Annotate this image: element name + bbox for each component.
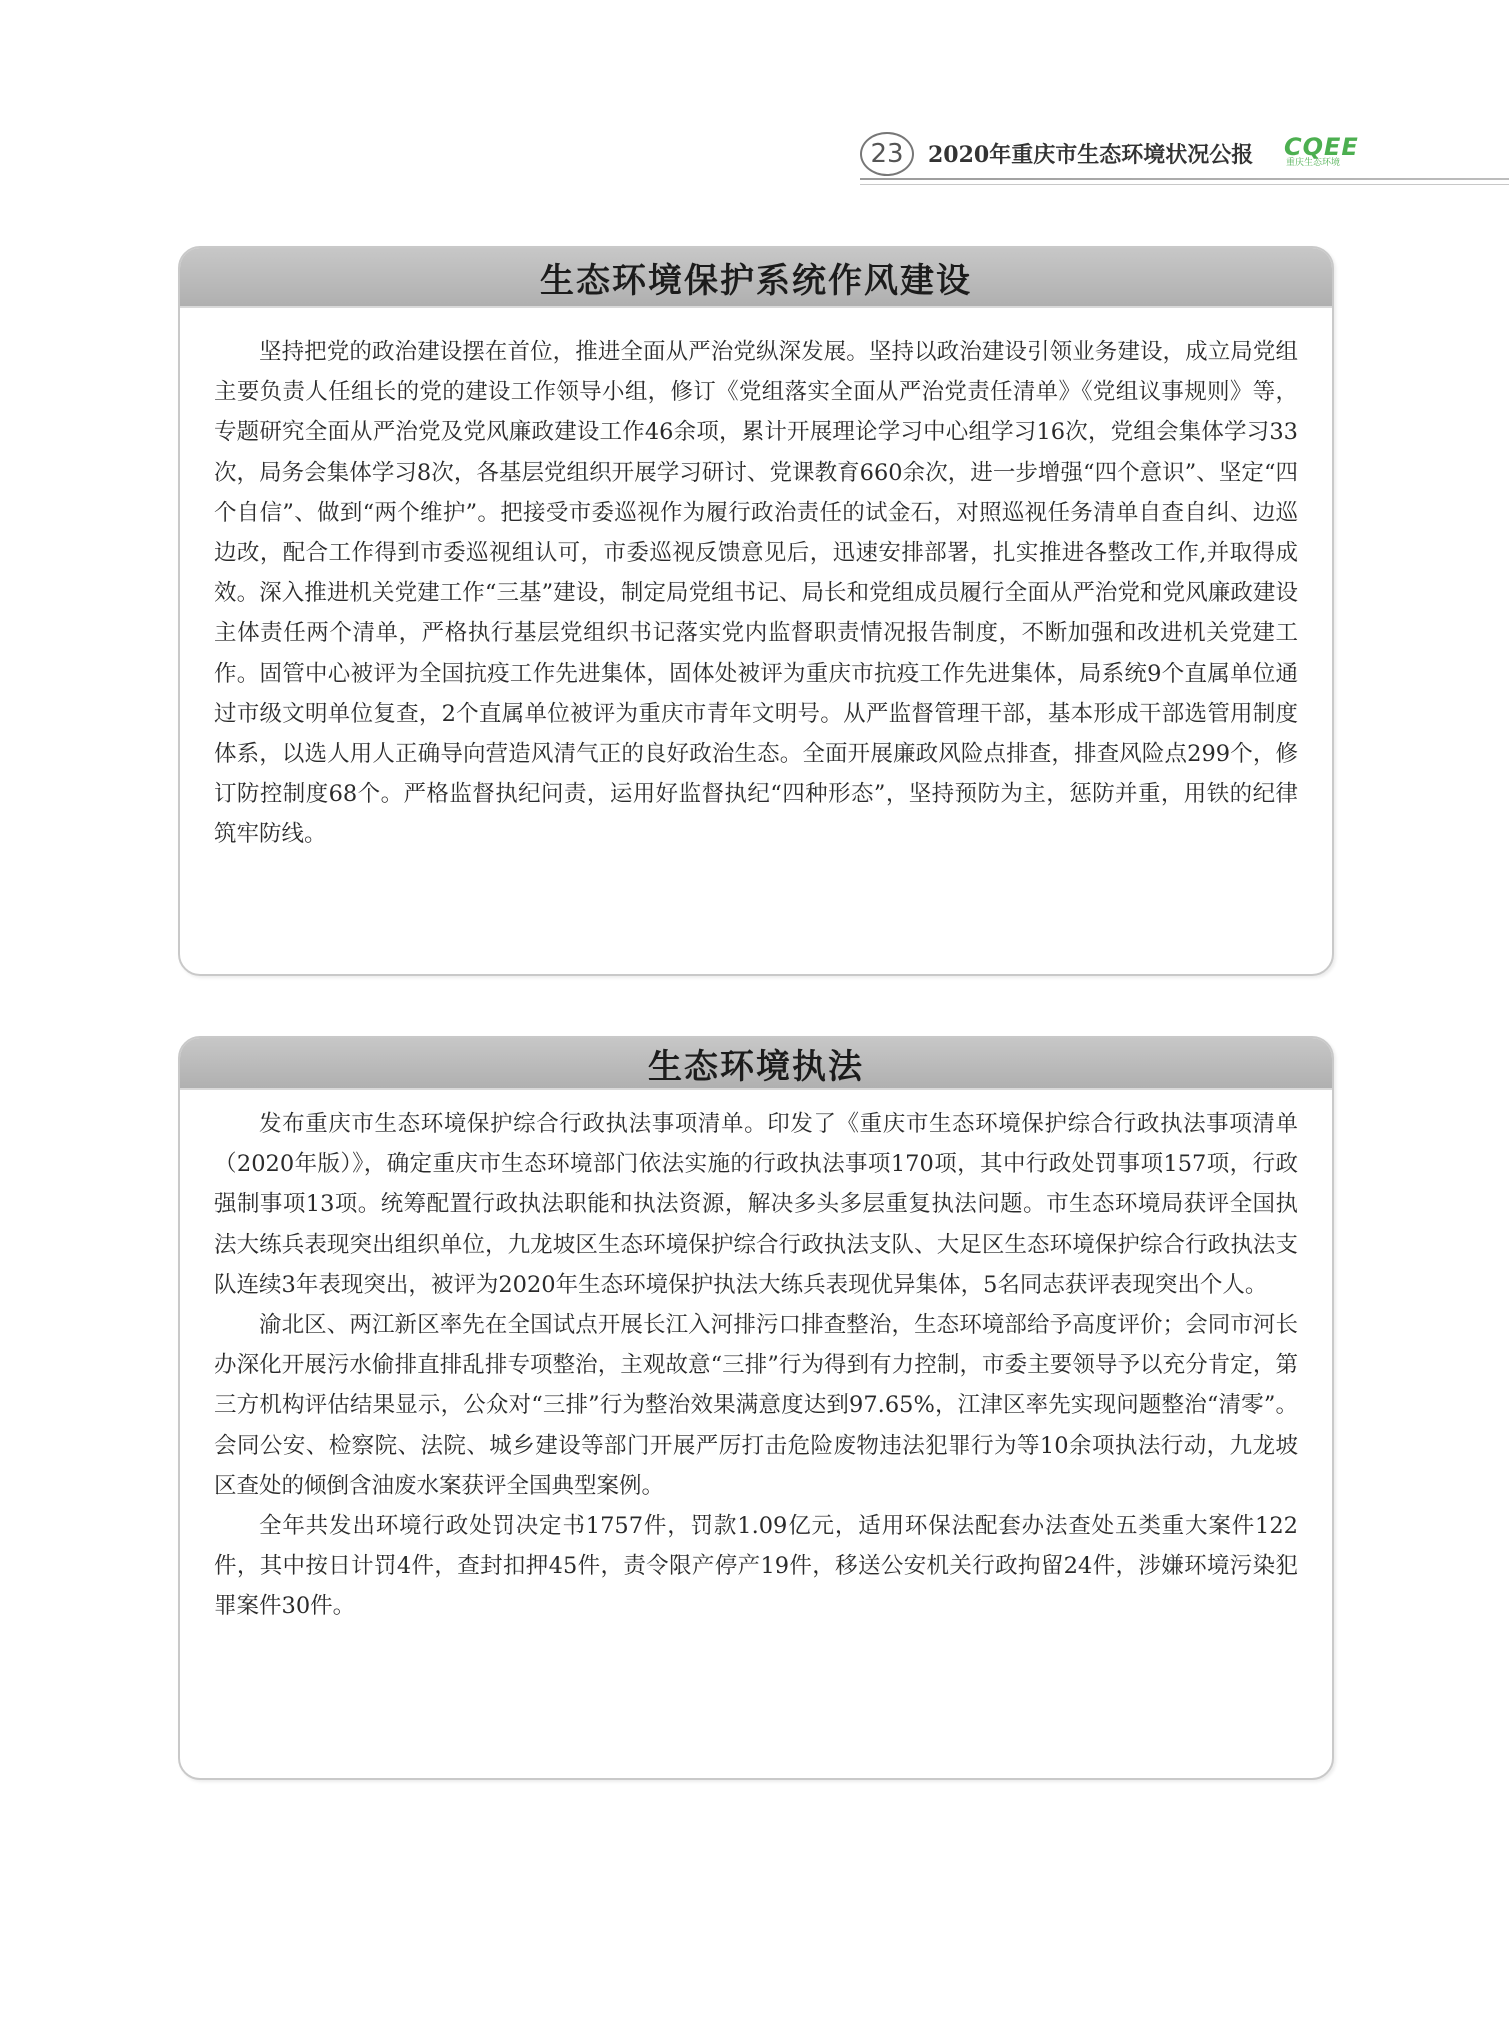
page-number: 23 (860, 132, 914, 176)
section-enforcement: 生态环境执法 发布重庆市生态环境保护综合行政执法事项清单。印发了《重庆市生态环境… (178, 1036, 1334, 1780)
paragraph: 渝北区、两江新区率先在全国试点开展长江入河排污口排查整治，生态环境部给予高度评价… (214, 1305, 1298, 1506)
page-header: 23 2020年重庆市生态环境状况公报 CQEE 重庆生态环境 (860, 132, 1509, 188)
section-style-building: 生态环境保护系统作风建设 坚持把党的政治建设摆在首位，推进全面从严治党纵深发展。… (178, 246, 1334, 976)
header-divider (860, 178, 1509, 180)
section-body: 坚持把党的政治建设摆在首位，推进全面从严治党纵深发展。坚持以政治建设引领业务建设… (214, 332, 1298, 855)
section-title: 生态环境保护系统作风建设 (180, 248, 1332, 306)
paragraph: 全年共发出环境行政处罚决定书1757件，罚款1.09亿元，适用环保法配套办法查处… (214, 1506, 1298, 1627)
header-divider-thin (860, 184, 1509, 185)
cqee-logo: CQEE 重庆生态环境 (1284, 136, 1380, 170)
document-title: 2020年重庆市生态环境状况公报 (928, 138, 1253, 169)
section-body: 发布重庆市生态环境保护综合行政执法事项清单。印发了《重庆市生态环境保护综合行政执… (214, 1104, 1298, 1627)
paragraph: 发布重庆市生态环境保护综合行政执法事项清单。印发了《重庆市生态环境保护综合行政执… (214, 1104, 1298, 1305)
logo-subtitle: 重庆生态环境 (1286, 158, 1380, 168)
section-title: 生态环境执法 (180, 1038, 1332, 1088)
paragraph: 坚持把党的政治建设摆在首位，推进全面从严治党纵深发展。坚持以政治建设引领业务建设… (214, 332, 1298, 855)
logo-text: CQEE (1284, 136, 1380, 158)
section-header: 生态环境保护系统作风建设 (180, 248, 1332, 308)
section-header: 生态环境执法 (180, 1038, 1332, 1090)
